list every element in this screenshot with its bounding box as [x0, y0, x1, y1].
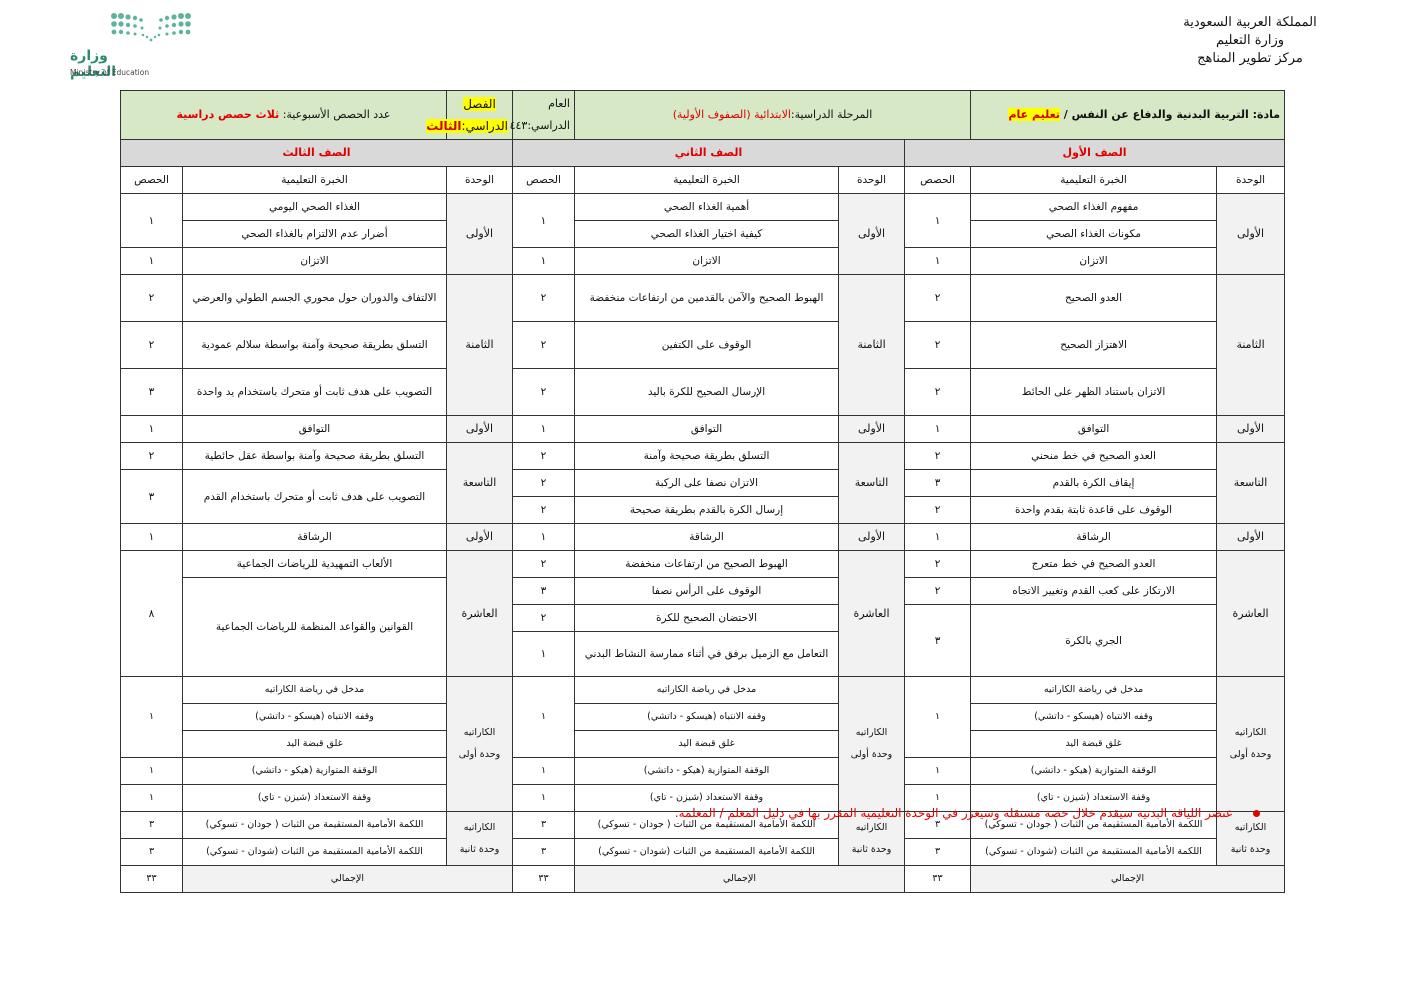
- col-unit: الوحدة: [1217, 167, 1285, 194]
- periods-cell: ١: [905, 524, 971, 551]
- experience-cell: الجري بالكرة: [971, 605, 1217, 677]
- periods-cell: ١: [121, 416, 183, 443]
- moe-logo: وزارة التعليم Ministry of Education: [66, 12, 196, 82]
- periods-cell: ١: [513, 758, 575, 785]
- periods-cell: ٣: [905, 605, 971, 677]
- table-row: الثامنة العدو الصحيح ٢ الثامنة الهبوط ال…: [121, 275, 1285, 322]
- experience-cell: الالتفاف والدوران حول محوري الجسم الطولي…: [183, 275, 447, 322]
- experience-cell: اللكمة الأمامية المستقيمة من الثبات ( جو…: [183, 812, 447, 839]
- experience-cell: التصويب على هدف ثابت أو متحرك باستخدام ي…: [183, 369, 447, 416]
- experience-cell: الاحتضان الصحيح للكرة: [575, 605, 839, 632]
- periods-cell: ٣: [513, 578, 575, 605]
- unit-cell: الأولى: [447, 416, 513, 443]
- periods-cell: ٣: [513, 812, 575, 839]
- table-row: التاسعة العدو الصحيح في خط منحني ٢ التاس…: [121, 443, 1285, 470]
- experience-cell: كيفية اختيار الغذاء الصحي: [575, 221, 839, 248]
- experience-cell: مدخل في رياضة الكاراتيه: [575, 677, 839, 704]
- periods-cell: ١: [513, 416, 575, 443]
- table-row: الأولى التوافق ١ الأولى التوافق ١ الأولى…: [121, 416, 1285, 443]
- experience-cell: الوقفة المتوازية (هيكو - داتشي): [971, 758, 1217, 785]
- curriculum-plan-table: مادة: التربية البدنية والدفاع عن النفس /…: [120, 90, 1285, 893]
- unit-cell: الأولى: [839, 524, 905, 551]
- periods-cell: ١: [121, 248, 183, 275]
- experience-cell: التسلق بطريقة صحيحة وآمنة: [575, 443, 839, 470]
- periods-cell: ٢: [905, 369, 971, 416]
- table-row: الأولى مفهوم الغذاء الصحي ١ الأولى أهمية…: [121, 194, 1285, 221]
- total-label: الإجمالي: [575, 866, 905, 893]
- periods-cell: ٣: [513, 839, 575, 866]
- experience-cell: الاتزان باستناد الظهر على الحائط: [971, 369, 1217, 416]
- experience-cell: الهبوط الصحيح من ارتفاعات منخفضة: [575, 551, 839, 578]
- periods-cell: ٢: [905, 322, 971, 369]
- experience-cell: الرشاقة: [183, 524, 447, 551]
- periods-cell: ٢: [513, 470, 575, 497]
- experience-cell: وقفه الانتباه (هيسكو - داتشي): [183, 704, 447, 731]
- periods-cell: ٢: [513, 369, 575, 416]
- unit-cell: الثامنة: [1217, 275, 1285, 416]
- experience-cell: اللكمة الأمامية المستقيمة من الثبات (شود…: [183, 839, 447, 866]
- ministry-name: وزارة التعليم: [1175, 32, 1325, 50]
- experience-cell: التوافق: [575, 416, 839, 443]
- experience-cell: التصويب على هدف ثابت أو متحرك باستخدام ا…: [183, 470, 447, 524]
- periods-cell: ١: [905, 248, 971, 275]
- experience-cell: العدو الصحيح: [971, 275, 1217, 322]
- unit-subname: وحدة أولى: [1221, 744, 1280, 766]
- periods-cell: ١: [905, 758, 971, 785]
- experience-cell: التوافق: [971, 416, 1217, 443]
- unit-subname: وحدة ثانية: [451, 839, 508, 861]
- experience-cell: مدخل في رياضة الكاراتيه: [971, 677, 1217, 704]
- logo-english-text: Ministry of Education: [70, 68, 149, 77]
- experience-cell: القوانين والقواعد المنظمة للرياضات الجما…: [183, 578, 447, 677]
- unit-cell: العاشرة: [839, 551, 905, 677]
- table-row: وقفه الانتباه (هيسكو - داتشي) وقفه الانت…: [121, 704, 1285, 731]
- total-value-grade-3: ٣٣: [121, 866, 183, 893]
- total-value-grade-2: ٣٣: [513, 866, 575, 893]
- subject-cell: مادة: التربية البدنية والدفاع عن النفس /…: [971, 91, 1285, 140]
- experience-cell: الاهتزاز الصحيح: [971, 322, 1217, 369]
- table-row: الارتكاز على كعب القدم وتغيير الاتجاه ٢ …: [121, 578, 1285, 605]
- weekly-periods-cell: عدد الحصص الأسبوعية: ثلاث حصص دراسية: [121, 91, 447, 140]
- periods-cell: ٣: [905, 839, 971, 866]
- experience-cell: التعامل مع الزميل برفق في أثناء ممارسة ا…: [575, 632, 839, 677]
- moe-dots-logo-icon: [110, 12, 192, 46]
- periods-cell: ١: [513, 194, 575, 248]
- experience-cell: مفهوم الغذاء الصحي: [971, 194, 1217, 221]
- periods-cell: ٢: [513, 605, 575, 632]
- unit-cell: الأولى: [839, 194, 905, 275]
- experience-cell: غلق قبضة اليد: [971, 731, 1217, 758]
- experience-cell: الهبوط الصحيح والآمن بالقدمين من ارتفاعا…: [575, 275, 839, 322]
- experience-cell: أضرار عدم الالتزام بالغذاء الصحي: [183, 221, 447, 248]
- stage-label: المرحلة الدراسية:: [791, 108, 872, 121]
- periods-cell: ١: [513, 785, 575, 812]
- periods-cell: ١: [513, 524, 575, 551]
- unit-cell: الأولى: [447, 524, 513, 551]
- experience-cell: إرسال الكرة بالقدم بطريقة صحيحة: [575, 497, 839, 524]
- experience-cell: مدخل في رياضة الكاراتيه: [183, 677, 447, 704]
- periods-cell: ٢: [905, 443, 971, 470]
- table-row: الوقفة المتوازية (هيكو - داتشي) ١ الوقفة…: [121, 758, 1285, 785]
- info-row: مادة: التربية البدنية والدفاع عن النفس /…: [121, 91, 1285, 140]
- periods-cell: ٢: [513, 497, 575, 524]
- experience-cell: الإرسال الصحيح للكرة باليد: [575, 369, 839, 416]
- table-row: إيقاف الكرة بالقدم ٣ الاتزان نصفا على ال…: [121, 470, 1285, 497]
- periods-cell: ٢: [121, 443, 183, 470]
- periods-cell: ١: [121, 758, 183, 785]
- table-row: الاتزان باستناد الظهر على الحائط ٢ الإرس…: [121, 369, 1285, 416]
- unit-cell: الثامنة: [839, 275, 905, 416]
- subject-track: تعليم عام: [1008, 108, 1059, 121]
- table-row: مكونات الغذاء الصحي كيفية اختيار الغذاء …: [121, 221, 1285, 248]
- stage-cell: المرحلة الدراسية:الابتدائية (الصفوف الأو…: [575, 91, 971, 140]
- year-cell: العام الدراسي:١٤٤٣هـ: [513, 91, 575, 140]
- experience-cell: العدو الصحيح في خط منحني: [971, 443, 1217, 470]
- unit-cell: الأولى: [1217, 194, 1285, 275]
- col-unit: الوحدة: [447, 167, 513, 194]
- unit-cell: الكاراتيهوحدة أولى: [447, 677, 513, 812]
- experience-cell: الاتزان: [575, 248, 839, 275]
- experience-cell: غلق قبضة اليد: [575, 731, 839, 758]
- unit-name: الكاراتيه: [451, 722, 508, 744]
- experience-cell: الاتزان نصفا على الركبة: [575, 470, 839, 497]
- unit-subname: وحدة ثانية: [843, 839, 900, 861]
- org-header: المملكة العربية السعودية وزارة التعليم م…: [1175, 14, 1325, 68]
- periods-cell: ١: [513, 632, 575, 677]
- table-row: اللكمة الأمامية المستقيمة من الثبات (شود…: [121, 839, 1285, 866]
- experience-cell: أهمية الغذاء الصحي: [575, 194, 839, 221]
- unit-cell: الكاراتيهوحدة ثانية: [447, 812, 513, 866]
- grade-1-header: الصف الأول: [905, 140, 1285, 167]
- periods-cell: ٢: [905, 497, 971, 524]
- table-row: غلق قبضة اليد غلق قبضة اليد غلق قبضة الي…: [121, 731, 1285, 758]
- periods-cell: ١: [121, 194, 183, 248]
- footnote-text: عنصر اللياقة البدنية سيقدم خلال حصة مستق…: [675, 806, 1233, 820]
- experience-cell: التوافق: [183, 416, 447, 443]
- unit-cell: الأولى: [839, 416, 905, 443]
- grade-3-header: الصف الثالث: [121, 140, 513, 167]
- semester-value: الثالث: [426, 119, 461, 133]
- total-label: الإجمالي: [183, 866, 513, 893]
- experience-cell: الوقفة المتوازية (هيكو - داتشي): [575, 758, 839, 785]
- experience-cell: اللكمة الأمامية المستقيمة من الثبات (شود…: [575, 839, 839, 866]
- unit-cell: التاسعة: [839, 443, 905, 524]
- unit-cell: الأولى: [447, 194, 513, 275]
- col-experience: الخبرة التعليمية: [183, 167, 447, 194]
- periods-cell: ١: [121, 677, 183, 758]
- table-row: الأولى الرشاقة ١ الأولى الرشاقة ١ الأولى…: [121, 524, 1285, 551]
- grade-header-row: الصف الأول الصف الثاني الصف الثالث: [121, 140, 1285, 167]
- experience-cell: الارتكاز على كعب القدم وتغيير الاتجاه: [971, 578, 1217, 605]
- unit-name: الكاراتيه: [1221, 722, 1280, 744]
- col-periods: الحصص: [905, 167, 971, 194]
- weekly-label: عدد الحصص الأسبوعية:: [283, 108, 391, 121]
- weekly-value: ثلاث حصص دراسية: [177, 108, 280, 121]
- table-row: العاشرة العدو الصحيح في خط متعرج ٢ العاش…: [121, 551, 1285, 578]
- experience-cell: الوقوف على قاعدة ثابتة بقدم واحدة: [971, 497, 1217, 524]
- footnote: عنصر اللياقة البدنية سيقدم خلال حصة مستق…: [600, 806, 1260, 820]
- periods-cell: ١: [121, 524, 183, 551]
- experience-cell: غلق قبضة اليد: [183, 731, 447, 758]
- unit-cell: التاسعة: [1217, 443, 1285, 524]
- periods-cell: ١: [905, 194, 971, 248]
- kingdom-name: المملكة العربية السعودية: [1175, 14, 1325, 32]
- unit-cell: التاسعة: [447, 443, 513, 524]
- experience-cell: مكونات الغذاء الصحي: [971, 221, 1217, 248]
- experience-cell: وقفه الانتباه (هيسكو - داتشي): [971, 704, 1217, 731]
- unit-name: الكاراتيه: [843, 722, 900, 744]
- periods-cell: ٣: [905, 470, 971, 497]
- experience-cell: وقفة الاستعداد (شيزن - تاي): [183, 785, 447, 812]
- table-row: الكاراتيهوحدة أولى مدخل في رياضة الكارات…: [121, 677, 1285, 704]
- periods-cell: ٢: [513, 551, 575, 578]
- col-unit: الوحدة: [839, 167, 905, 194]
- experience-cell: الرشاقة: [575, 524, 839, 551]
- stage-value: الابتدائية (الصفوف الأولية): [673, 108, 791, 121]
- year-label: العام الدراسي:: [527, 97, 570, 132]
- col-periods: الحصص: [513, 167, 575, 194]
- unit-name: الكاراتيه: [451, 817, 508, 839]
- experience-cell: التسلق بطريقة صحيحة وآمنة بواسطة عقل حائ…: [183, 443, 447, 470]
- periods-cell: ٣: [121, 470, 183, 524]
- experience-cell: التسلق بطريقة صحيحة وآمنة بواسطة سلالم ع…: [183, 322, 447, 369]
- subject-label: مادة: التربية البدنية والدفاع عن النفس /: [1064, 108, 1280, 121]
- periods-cell: ٢: [905, 578, 971, 605]
- periods-cell: ٢: [121, 275, 183, 322]
- experience-cell: العدو الصحيح في خط متعرج: [971, 551, 1217, 578]
- col-experience: الخبرة التعليمية: [575, 167, 839, 194]
- periods-cell: ٣: [121, 839, 183, 866]
- center-name: مركز تطوير المناهج: [1175, 50, 1325, 68]
- experience-cell: الاتزان: [183, 248, 447, 275]
- totals-row: الإجمالي ٣٣ الإجمالي ٣٣ الإجمالي ٣٣: [121, 866, 1285, 893]
- column-header-row: الوحدة الخبرة التعليمية الحصص الوحدة الخ…: [121, 167, 1285, 194]
- periods-cell: ٢: [513, 322, 575, 369]
- col-periods: الحصص: [121, 167, 183, 194]
- periods-cell: ٣: [121, 369, 183, 416]
- unit-cell: الأولى: [1217, 416, 1285, 443]
- unit-cell: الثامنة: [447, 275, 513, 416]
- unit-subname: وحدة أولى: [451, 744, 508, 766]
- periods-cell: ٢: [121, 322, 183, 369]
- periods-cell: ١: [513, 677, 575, 758]
- unit-cell: الكاراتيهوحدة أولى: [839, 677, 905, 812]
- periods-cell: ٨: [121, 551, 183, 677]
- unit-subname: وحدة ثانية: [1221, 839, 1280, 861]
- periods-cell: ٢: [905, 551, 971, 578]
- periods-cell: ١: [121, 785, 183, 812]
- table-row: الاهتزاز الصحيح ٢ الوقوف على الكتفين ٢ ا…: [121, 322, 1285, 369]
- total-value-grade-1: ٣٣: [905, 866, 971, 893]
- bullet-icon: [1253, 810, 1260, 817]
- unit-cell: العاشرة: [447, 551, 513, 677]
- experience-cell: الرشاقة: [971, 524, 1217, 551]
- periods-cell: ١: [513, 248, 575, 275]
- col-experience: الخبرة التعليمية: [971, 167, 1217, 194]
- experience-cell: اللكمة الأمامية المستقيمة من الثبات (شود…: [971, 839, 1217, 866]
- periods-cell: ١: [905, 677, 971, 758]
- unit-cell: العاشرة: [1217, 551, 1285, 677]
- experience-cell: إيقاف الكرة بالقدم: [971, 470, 1217, 497]
- experience-cell: الوقوف على الكتفين: [575, 322, 839, 369]
- table-row: الاتزان ١ الاتزان ١ الاتزان ١: [121, 248, 1285, 275]
- periods-cell: ٣: [121, 812, 183, 839]
- experience-cell: الألعاب التمهيدية للرياضات الجماعية: [183, 551, 447, 578]
- experience-cell: وقفه الانتباه (هيسكو - داتشي): [575, 704, 839, 731]
- total-label: الإجمالي: [971, 866, 1285, 893]
- grade-2-header: الصف الثاني: [513, 140, 905, 167]
- periods-cell: ١: [905, 416, 971, 443]
- unit-cell: الأولى: [1217, 524, 1285, 551]
- unit-cell: الكاراتيهوحدة أولى: [1217, 677, 1285, 812]
- experience-cell: الوقفة المتوازية (هيكو - داتشي): [183, 758, 447, 785]
- periods-cell: ٢: [513, 275, 575, 322]
- unit-subname: وحدة أولى: [843, 744, 900, 766]
- experience-cell: الغذاء الصحي اليومي: [183, 194, 447, 221]
- periods-cell: ٢: [513, 443, 575, 470]
- periods-cell: ٢: [905, 275, 971, 322]
- experience-cell: الاتزان: [971, 248, 1217, 275]
- experience-cell: الوقوف على الرأس نصفا: [575, 578, 839, 605]
